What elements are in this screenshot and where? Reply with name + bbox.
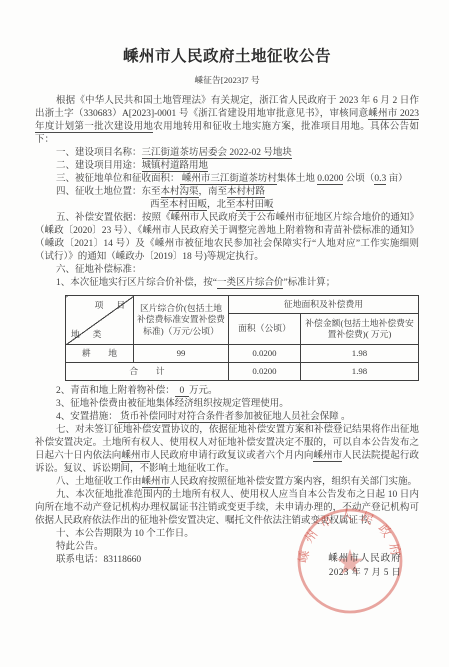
paragraph-intro: 根据《中华人民共和国土地管理法》有关规定，浙江省人民政府于 2023 年 6 月… xyxy=(35,95,419,147)
compensation-table: 项 目 地 类 区片综合价(包括土地补偿费标准安置补偿费标准)（万元/公顷） 征… xyxy=(65,295,419,381)
paragraph-item-5: 五、补偿安置依据：按照《嵊州市人民政府关于公布嵊州市征地区片综合地价的通知》（嵊… xyxy=(35,212,419,264)
announcement-document: 嵊州市人民政府土地征收公告 嵊征告[2023]7 号 根据《中华人民共和国土地管… xyxy=(0,0,449,667)
cell-price: 99 xyxy=(134,345,229,363)
column-header-price: 区片综合价(包括土地补偿费标准安置补偿费标准)（万元/公顷） xyxy=(134,296,229,345)
paragraph-item-4: 四、征收土地位置：东至本村沟渠，南至本村村路 xyxy=(35,186,419,199)
cell-area: 0.0200 xyxy=(229,345,301,363)
cell-total-area: 0.0200 xyxy=(229,363,301,381)
corner-label-landtype: 地 类 xyxy=(71,329,103,341)
paragraph-item-6-sub-3: 3、征地补偿费由被征地集体经济组织按规定管理使用。 xyxy=(35,398,419,411)
text-segment: 1、本次征地实行区片综合价补偿，按“ xyxy=(56,278,217,288)
page-title: 嵊州市人民政府土地征收公告 xyxy=(35,44,419,66)
text-segment: 人民政府按照征地补偿安置方案内容，组织有关部门实施。 xyxy=(170,477,417,487)
column-header-amount: 补偿金额(包括土地补偿费安置补偿费)( 万元) xyxy=(301,314,419,345)
text-segment: 五、补偿安置依据：按照《嵊州市人民政府关于公布嵊州市征地区片综合地价的通知》（嵊… xyxy=(35,213,419,262)
paragraph-item-2: 二、建设项目用途：城镇村道路用地 xyxy=(35,160,419,173)
column-header-area: 面积（公顷） xyxy=(229,314,301,345)
underlined-text: 本村沟渠 xyxy=(161,187,199,198)
text-segment: 人民政府申请行政复议或者六个月内向 xyxy=(150,451,313,461)
underlined-text: 嵊州市三江街道茶坊村 xyxy=(180,174,277,185)
underlined-text: 0 xyxy=(175,386,189,397)
table-row: 耕 地 99 0.0200 1.98 xyxy=(66,345,419,363)
text-segment: 。 xyxy=(341,412,351,422)
text-segment: ，北至 xyxy=(207,200,236,210)
cell-amount: 1.98 xyxy=(301,345,419,363)
text-segment: 四、征收土地位置：东至 xyxy=(56,187,161,197)
underlined-text: 嵊州市 xyxy=(142,477,171,488)
table-corner-cell: 项 目 地 类 xyxy=(66,296,134,345)
signature-block: 嵊州市人民政府 2023 年 7 月 5 日 xyxy=(322,553,408,579)
table-total-row: 合 计 0.0200 1.98 xyxy=(66,363,419,381)
signature-org: 嵊州市人民政府 xyxy=(322,553,408,566)
paragraph-item-8: 八、土地征收工作由嵊州市人民政府按照征地补偿安置方案内容，组织有关部门实施。 xyxy=(35,476,419,489)
cell-total-amount: 1.98 xyxy=(301,363,419,381)
text-segment: 4、安置措施： xyxy=(56,412,118,422)
text-segment: 一、建设项目名称： xyxy=(56,148,142,158)
text-segment: 公顷（ xyxy=(343,174,374,184)
signature-date: 2023 年 7 月 5 日 xyxy=(322,566,408,579)
paragraph-item-4-continued: 西至本村田畈，北至本村田畈 xyxy=(35,199,419,212)
text-segment: 3、征地补偿费由被征地集体经济组织按规定管理使用。 xyxy=(56,399,289,409)
text-segment: 根据《中华人民共和国土地管理法》有关规定，浙江省人民政府于 2023 年 6 月… xyxy=(35,96,419,119)
underlined-text: 嵊州市 xyxy=(313,451,342,462)
underlined-text: 城镇村道路用地 xyxy=(142,161,209,172)
paragraph-item-7: 七、对未签订征地补偿安置协议的，依据征地补偿安置方案和补偿登记结果将作出征地补偿… xyxy=(35,424,419,476)
text-segment: 八、土地征收工作由 xyxy=(56,477,142,487)
underlined-text: 嵊州市 xyxy=(121,451,150,462)
text-segment: 六、征地补偿标准： xyxy=(56,265,142,275)
text-segment: 集体土地 xyxy=(277,174,317,184)
paragraph-item-6-sub-2: 2、青苗和地上附着物补偿： 0 万元。 xyxy=(35,385,419,398)
underlined-text: 本村田畈 xyxy=(169,200,207,211)
underlined-text: 0.3 xyxy=(374,174,386,185)
doc-number: 嵊征告[2023]7 号 xyxy=(35,73,419,86)
paragraph-item-6: 六、征地补偿标准： xyxy=(35,264,419,277)
text-segment: 万元。 xyxy=(189,386,218,396)
underlined-text: 货币补偿同时对符合条件者参加被征地人员社会保障 xyxy=(118,412,341,423)
underlined-text: 本村村路 xyxy=(227,187,265,198)
text-segment: 十、本公告期限为 10 个工作日。 xyxy=(56,529,194,539)
text-segment: 二、建设项目用途： xyxy=(56,161,142,171)
paragraph-item-3: 三、被征地单位和征收面积： 嵊州市三江街道茶坊村集体土地 0.0200 公顷（0… xyxy=(35,173,419,186)
cell-total-label: 合 计 xyxy=(66,363,229,381)
corner-label-item: 项 目 xyxy=(95,300,127,312)
text-segment: 西至 xyxy=(150,200,169,210)
underlined-text: 0.0200 xyxy=(317,174,343,185)
text-segment: ，南至 xyxy=(199,187,228,197)
cell-land-type: 耕 地 xyxy=(66,345,134,363)
underlined-text: 本村田畈 xyxy=(236,200,274,211)
underlined-text: 一类区片综合价 xyxy=(217,278,284,289)
text-segment: 三、被征地单位和征收面积： xyxy=(56,174,180,184)
document-content: 嵊州市人民政府土地征收公告 嵊征告[2023]7 号 根据《中华人民共和国土地管… xyxy=(0,0,449,567)
paragraph-item-1: 一、建设项目名称：三江街道茶坊居委会 2022-02 号地块 xyxy=(35,147,419,160)
paragraph-item-6-sub-1: 1、本次征地实行区片综合价补偿，按“一类区片综合价”标准计算； xyxy=(35,277,419,290)
paragraph-item-6-sub-4: 4、安置措施： 货币补偿同时对符合条件者参加被征地人员社会保障 。 xyxy=(35,411,419,424)
text-segment: 2、青苗和地上附着物补偿： xyxy=(56,386,175,396)
underlined-text: 三江街道茶坊居委会 2022-02 号地块 xyxy=(142,148,292,159)
text-segment: 亩） xyxy=(386,174,407,184)
column-header-group: 征地面积及补偿费用 xyxy=(229,296,419,314)
table-header-row-1: 项 目 地 类 区片综合价(包括土地补偿费标准安置补偿费标准)（万元/公顷） 征… xyxy=(66,296,419,314)
text-segment: ”标准计算； xyxy=(283,278,335,288)
